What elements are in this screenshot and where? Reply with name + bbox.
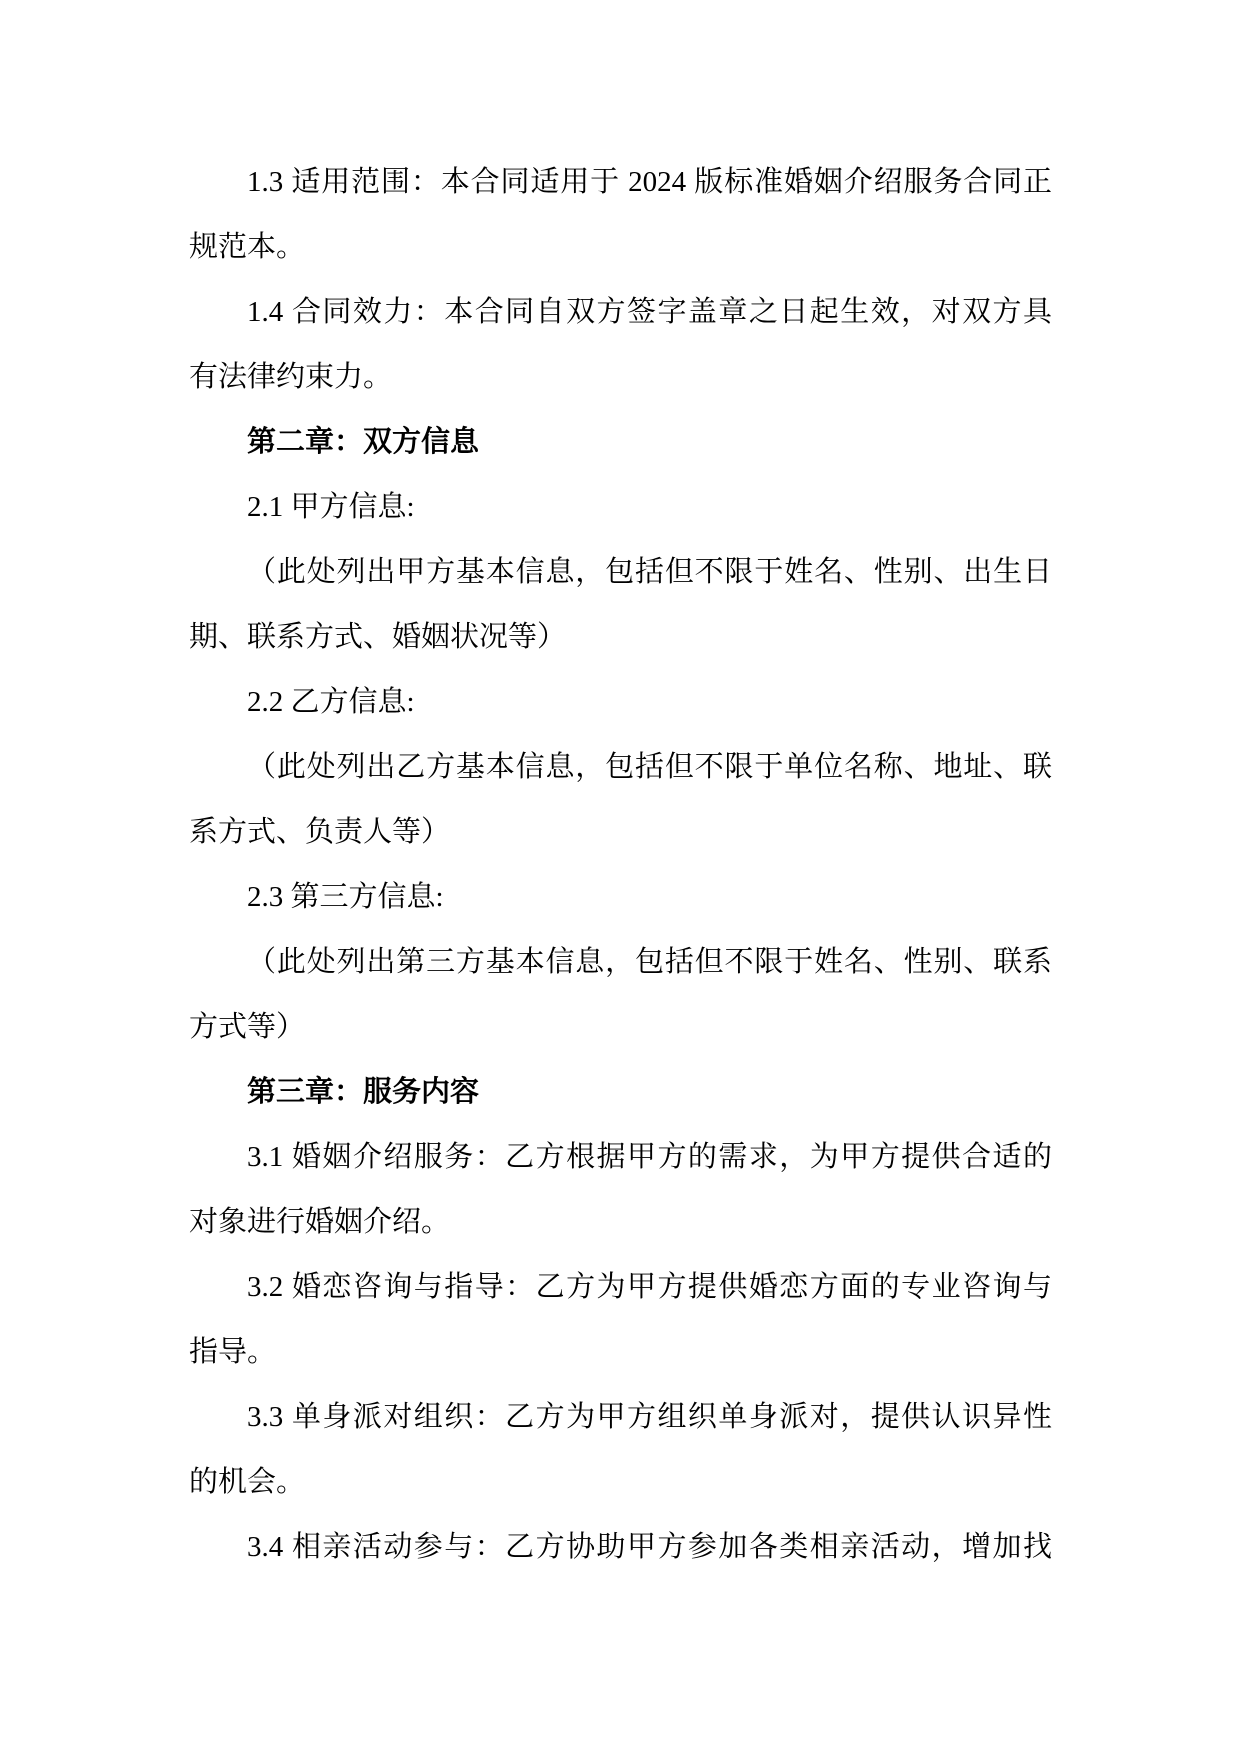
paragraph: （此处列出甲方基本信息，包括但不限于姓名、性别、出生日期、联系方式、婚姻状况等） — [189, 540, 1052, 670]
paragraph: 1.3 适用范围：本合同适用于 2024 版标准婚姻介绍服务合同正规范本。 — [189, 150, 1052, 280]
paragraph: 2.3 第三方信息: — [189, 865, 1052, 930]
text-line: 规范本。 — [189, 215, 1052, 280]
text-line: 3.2 婚恋咨询与指导：乙方为甲方提供婚恋方面的专业咨询与 — [189, 1255, 1052, 1320]
paragraph: 3.2 婚恋咨询与指导：乙方为甲方提供婚恋方面的专业咨询与指导。 — [189, 1255, 1052, 1385]
text-line: 的机会。 — [189, 1450, 1052, 1515]
paragraph: 1.4 合同效力：本合同自双方签字盖章之日起生效，对双方具有法律约束力。 — [189, 280, 1052, 410]
text-line: （此处列出甲方基本信息，包括但不限于姓名、性别、出生日 — [189, 540, 1052, 605]
text-line: 2.3 第三方信息: — [189, 865, 1052, 930]
document-content: 1.3 适用范围：本合同适用于 2024 版标准婚姻介绍服务合同正规范本。1.4… — [0, 0, 1240, 1580]
text-line: 2.2 乙方信息: — [189, 670, 1052, 735]
text-line: 第二章：双方信息 — [189, 410, 1052, 475]
text-line: 方式等） — [189, 995, 1052, 1060]
paragraph: 3.1 婚姻介绍服务：乙方根据甲方的需求，为甲方提供合适的对象进行婚姻介绍。 — [189, 1125, 1052, 1255]
text-line: 2.1 甲方信息: — [189, 475, 1052, 540]
text-line: （此处列出第三方基本信息，包括但不限于姓名、性别、联系 — [189, 930, 1052, 995]
paragraph: 3.3 单身派对组织：乙方为甲方组织单身派对，提供认识异性的机会。 — [189, 1385, 1052, 1515]
text-line: 3.1 婚姻介绍服务：乙方根据甲方的需求，为甲方提供合适的 — [189, 1125, 1052, 1190]
text-line: 1.4 合同效力：本合同自双方签字盖章之日起生效，对双方具 — [189, 280, 1052, 345]
text-line: 期、联系方式、婚姻状况等） — [189, 605, 1052, 670]
text-line: 3.3 单身派对组织：乙方为甲方组织单身派对，提供认识异性 — [189, 1385, 1052, 1450]
text-line: 对象进行婚姻介绍。 — [189, 1190, 1052, 1255]
text-line: 3.4 相亲活动参与：乙方协助甲方参加各类相亲活动，增加找 — [189, 1515, 1052, 1580]
text-line: 第三章：服务内容 — [189, 1060, 1052, 1125]
text-line: 指导。 — [189, 1320, 1052, 1385]
paragraph: 2.1 甲方信息: — [189, 475, 1052, 540]
paragraph: （此处列出第三方基本信息，包括但不限于姓名、性别、联系方式等） — [189, 930, 1052, 1060]
paragraph: （此处列出乙方基本信息，包括但不限于单位名称、地址、联系方式、负责人等） — [189, 735, 1052, 865]
paragraph: 3.4 相亲活动参与：乙方协助甲方参加各类相亲活动，增加找 — [189, 1515, 1052, 1580]
text-line: 1.3 适用范围：本合同适用于 2024 版标准婚姻介绍服务合同正 — [189, 150, 1052, 215]
document-page: 1.3 适用范围：本合同适用于 2024 版标准婚姻介绍服务合同正规范本。1.4… — [0, 0, 1240, 1753]
section-heading: 第二章：双方信息 — [189, 410, 1052, 475]
paragraph: 2.2 乙方信息: — [189, 670, 1052, 735]
text-line: （此处列出乙方基本信息，包括但不限于单位名称、地址、联 — [189, 735, 1052, 800]
text-line: 有法律约束力。 — [189, 345, 1052, 410]
text-line: 系方式、负责人等） — [189, 800, 1052, 865]
section-heading: 第三章：服务内容 — [189, 1060, 1052, 1125]
